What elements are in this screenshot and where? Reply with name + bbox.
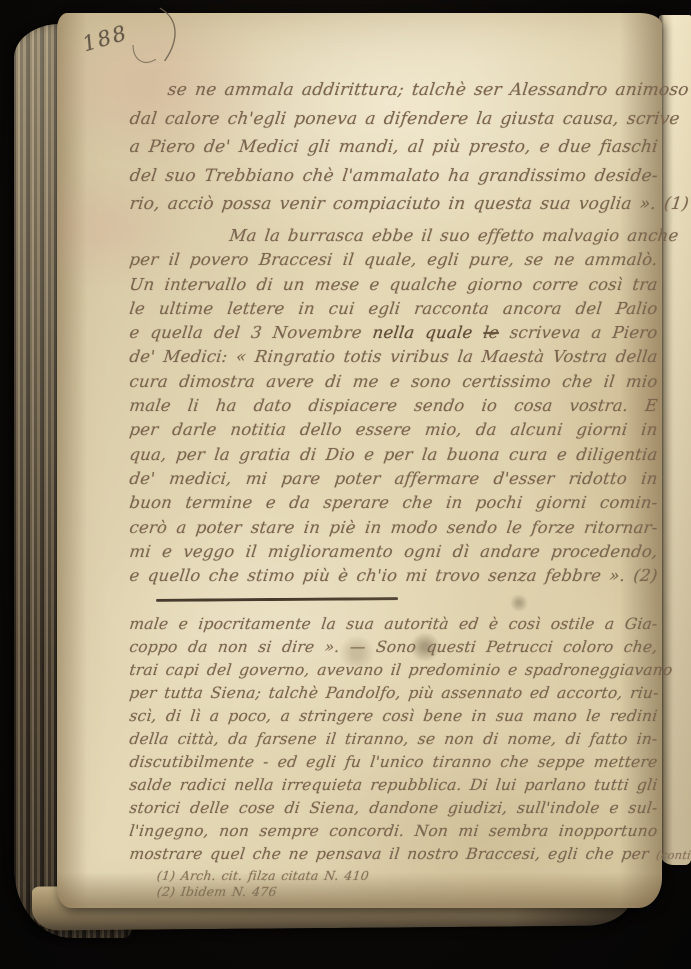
paragraph-2: Ma la burrasca ebbe il suo effetto malva…: [128, 224, 656, 588]
text-line-with-correction: e quella del 3 Novembre nella quale le s…: [128, 321, 659, 345]
inserted-words: nella quale: [372, 323, 474, 342]
text-line: de' medici, mi pare poter affermare d'es…: [128, 467, 659, 491]
text-line: storici delle cose di Siena, dandone giu…: [128, 797, 659, 820]
text-line: salde radici nella irrequieta repubblica…: [128, 774, 659, 797]
footnote-line: (1) Arch. cit. filza citata N. 410: [156, 868, 658, 884]
text-line: rio, acciò possa venir compiaciuto in qu…: [128, 190, 660, 219]
manuscript-page: 188 se ne ammala addirittura; talchè ser…: [57, 13, 662, 908]
separator-rule: [156, 598, 398, 603]
text-line: de' Medici: « Ringratio totis viribus la…: [128, 345, 659, 369]
handwritten-text-block: se ne ammala addirittura; talchè ser Ale…: [128, 76, 656, 899]
text-line: qua, per la gratia di Dio e per la buona…: [128, 443, 659, 467]
text-line: Un intervallo di un mese e qualche giorn…: [128, 273, 659, 297]
text-line: della città, da farsene il tiranno, se n…: [128, 728, 659, 751]
text-line: e quello che stimo più è ch'io mi trovo …: [128, 564, 659, 588]
text-line: male li ha dato dispiacere sendo io cosa…: [128, 394, 659, 418]
text-line: per il povero Braccesi il quale, egli pu…: [128, 248, 659, 272]
paragraph-1: se ne ammala addirittura; talchè ser Ale…: [128, 76, 656, 219]
text-line: trai capi del governo, avevano il predom…: [128, 659, 659, 682]
paragraph-3: male e ipocritamente la sua autorità ed …: [128, 613, 656, 867]
text-segment: e quella del 3 Novembre: [128, 323, 373, 342]
footnotes: (1) Arch. cit. filza citata N. 410 (2) I…: [156, 868, 656, 899]
continuation-note: (continua: [655, 848, 691, 862]
text-line: cura dimostra avere di me e sono certiss…: [128, 370, 659, 394]
text-line: dal calore ch'egli poneva a difendere la…: [128, 105, 660, 134]
text-segment: scriveva a Piero: [498, 323, 659, 342]
text-line: discutibilmente - ed egli fu l'unico tir…: [128, 751, 659, 774]
page-number-value: 188: [80, 21, 131, 57]
pen-flourish-icon: [123, 2, 191, 75]
footnote-line: (2) Ibidem N. 476: [156, 884, 658, 900]
text-line: coppo da non si dire ». — Sono questi Pe…: [128, 636, 659, 659]
text-line: l'ingegno, non sempre concordi. Non mi s…: [128, 820, 659, 843]
text-line: scì, di lì a poco, a stringere così bene…: [128, 705, 659, 728]
text-line: se ne ammala addirittura; talchè ser Ale…: [128, 76, 660, 105]
text-line: le ultime lettere in cui egli racconta a…: [128, 297, 659, 321]
text-line: per tutta Siena; talchè Pandolfo, più as…: [128, 682, 659, 705]
text-line: buon termine e da sperare che in pochi g…: [128, 491, 659, 515]
text-line: a Piero de' Medici gli mandi, al più pre…: [128, 133, 660, 162]
text-line: del suo Trebbiano chè l'ammalato ha gran…: [128, 162, 660, 191]
photographed-book-scene: 188 se ne ammala addirittura; talchè ser…: [0, 0, 691, 969]
text-line-with-note: mostrare quel che ne pensava il nostro B…: [128, 843, 659, 867]
text-line: male e ipocritamente la sua autorità ed …: [128, 613, 659, 636]
text-line: mi e veggo il miglioramento ogni dì anda…: [128, 540, 659, 564]
text-line: cerò a poter stare in piè in modo sendo …: [128, 516, 659, 540]
text-line: per darle notitia dello essere mio, da a…: [128, 418, 659, 442]
text-segment: mostrare quel che ne pensava il nostro B…: [128, 845, 649, 863]
text-line: Ma la burrasca ebbe il suo effetto malva…: [128, 224, 659, 248]
facing-page-sliver: [659, 15, 691, 865]
